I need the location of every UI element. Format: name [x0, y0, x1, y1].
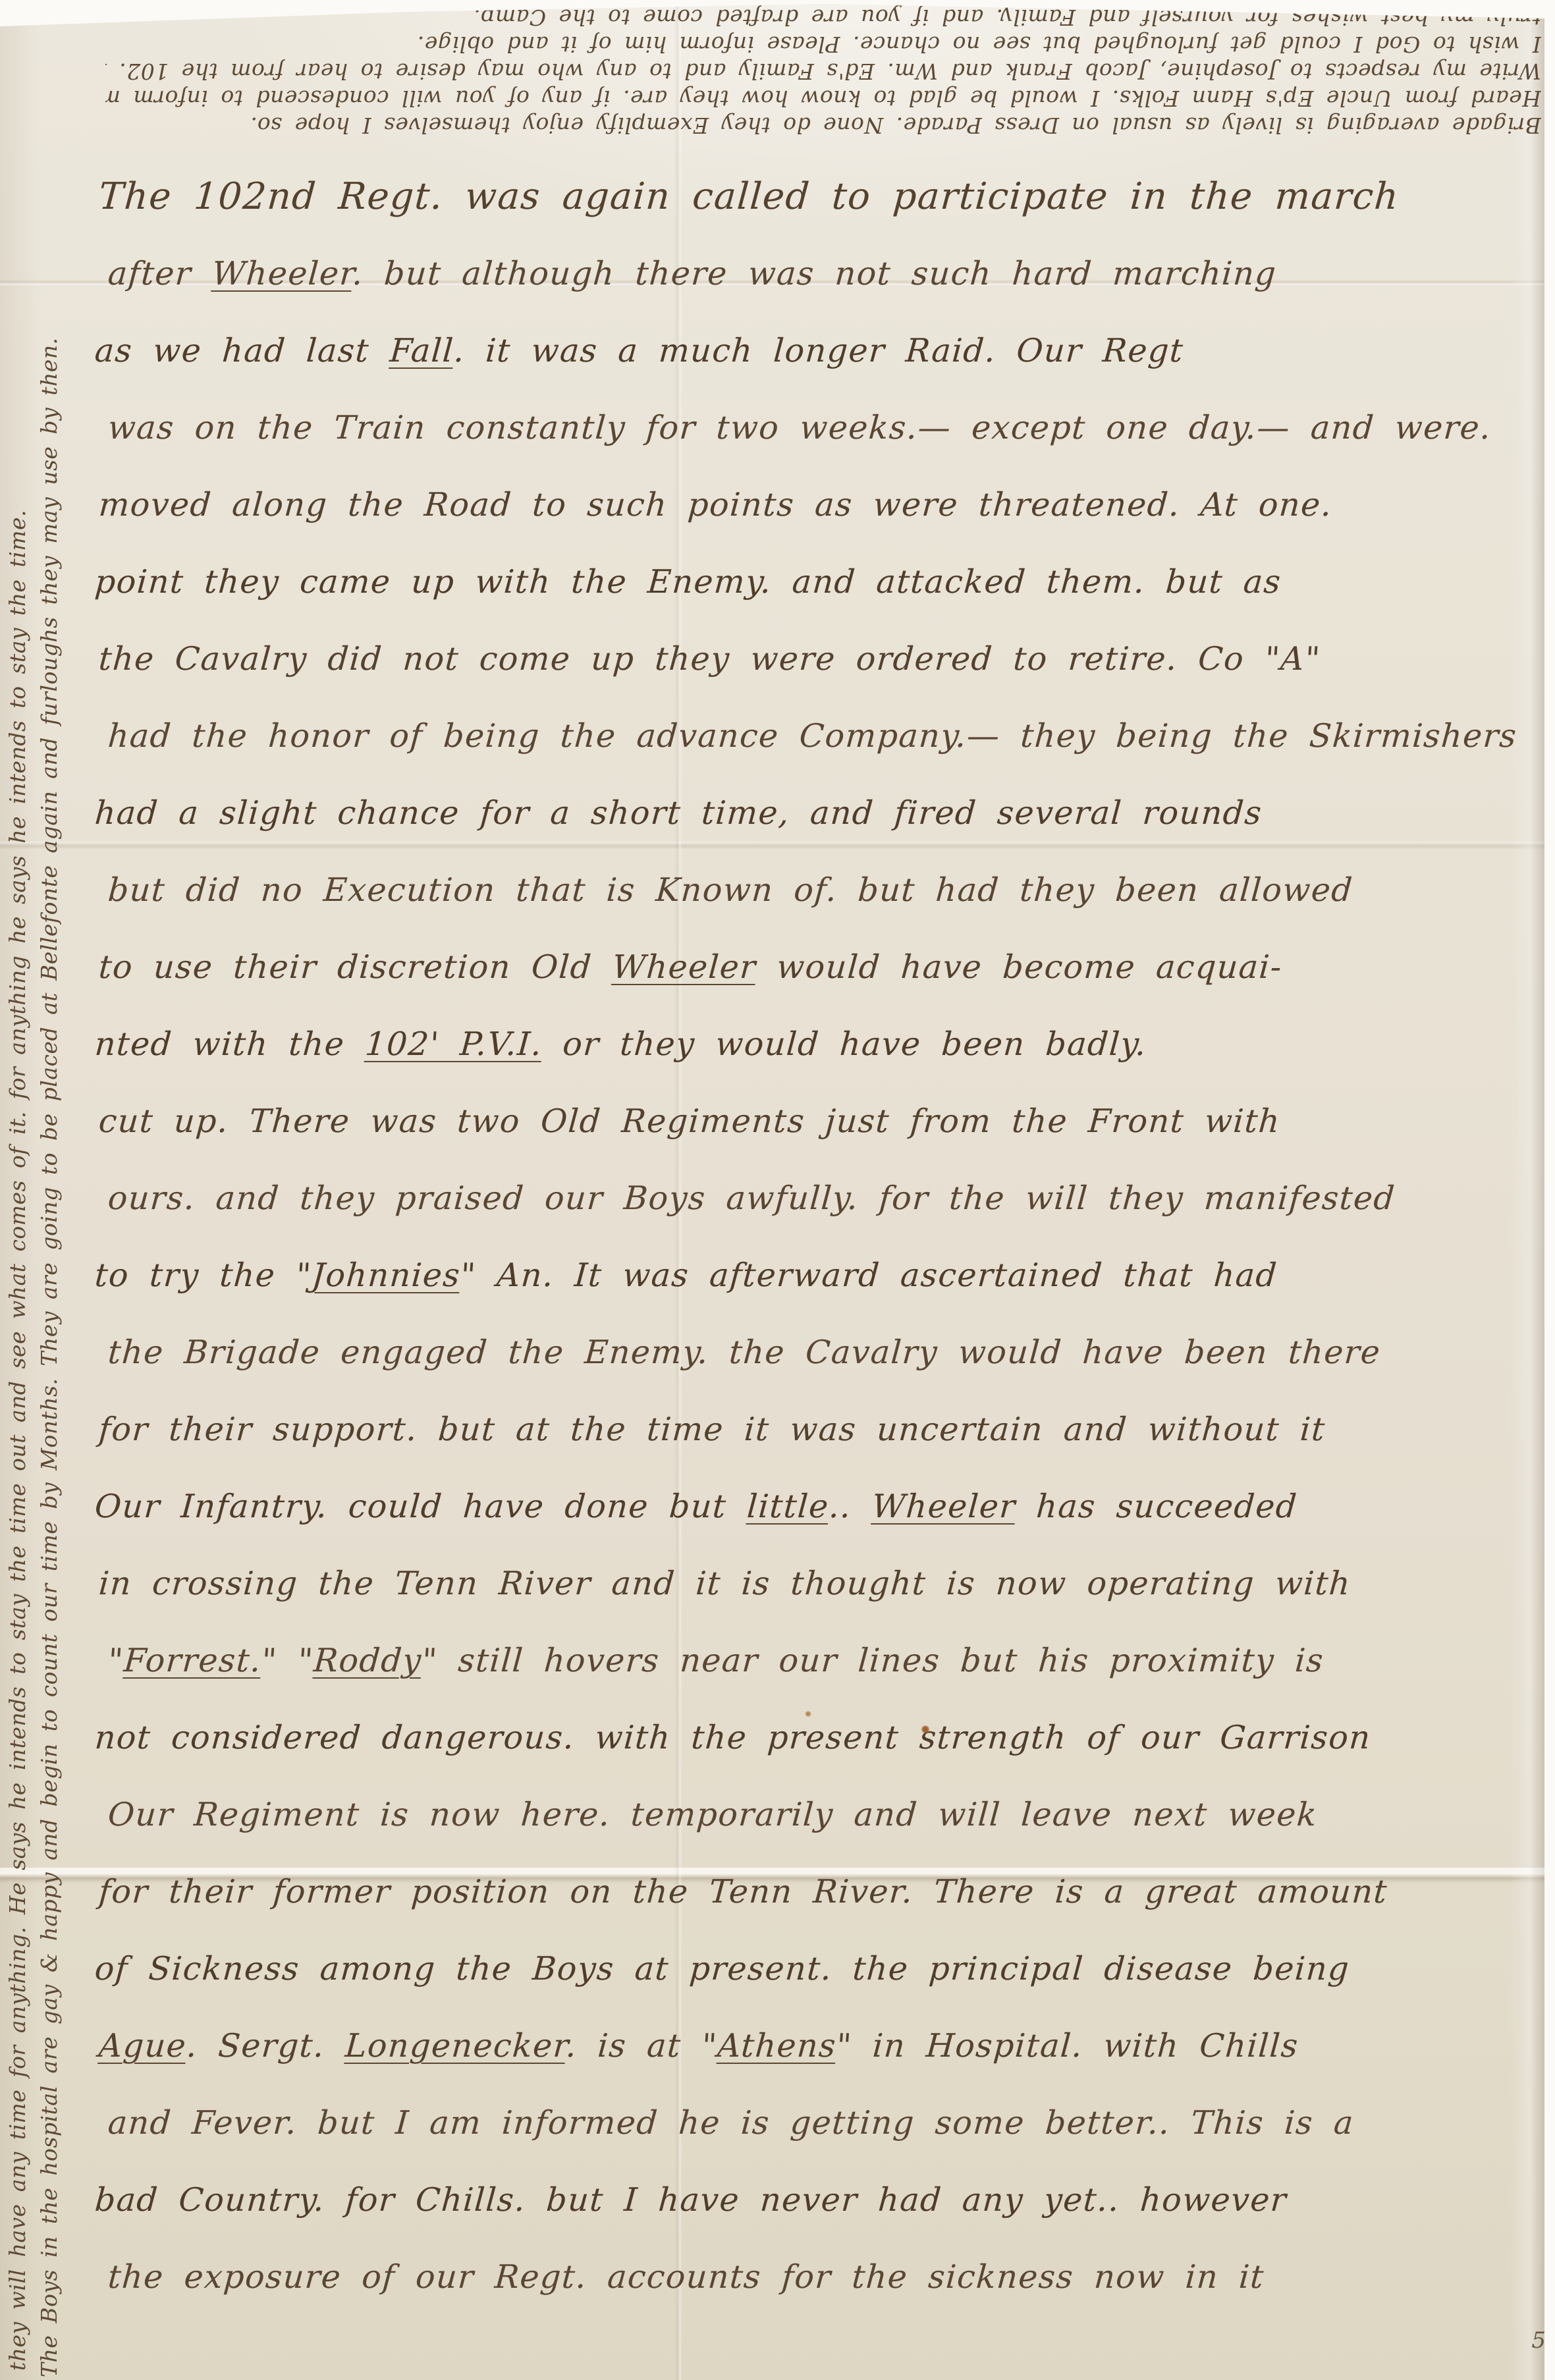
letter-page: truly my best wishes for yourself and Fa… — [0, 0, 1555, 2380]
handwriting-line: the Brigade engaged the Enemy. the Caval… — [105, 1314, 1541, 1391]
margin-cross-writing-line: they will have any time for anything. He… — [3, 178, 33, 2371]
handwriting-line: for their former position on the Tenn Ri… — [96, 1853, 1541, 1930]
handwriting-line: to use their discretion Old Wheeler woul… — [96, 929, 1541, 1006]
scan-background: { "document": { "kind": "handwritten let… — [0, 0, 1555, 2380]
handwriting-line: moved along the Road to such points as w… — [96, 466, 1541, 543]
page-corner-mark: 5 — [1531, 2327, 1546, 2354]
handwriting-line: Our Infantry. could have done but little… — [92, 1468, 1541, 1545]
handwriting-line: as we had last Fall. it was a much longe… — [92, 312, 1541, 389]
handwriting-line: point they came up with the Enemy. and a… — [92, 543, 1541, 620]
handwriting-line: was on the Train constantly for two week… — [105, 389, 1541, 466]
letter-body: The 102nd Regt. was again called to part… — [99, 158, 1538, 2315]
handwriting-line: Our Regiment is now here. temporarily an… — [105, 1776, 1541, 1853]
inverted-handwriting-line: truly my best wishes for yourself and Fa… — [105, 4, 1541, 31]
inverted-handwriting-line: Write my respects to Josephine, Jacob Fr… — [105, 58, 1541, 85]
inverted-continuation-text: truly my best wishes for yourself and Fa… — [105, 4, 1541, 139]
handwriting-line: cut up. There was two Old Regiments just… — [96, 1083, 1541, 1160]
handwriting-line: but did no Execution that is Known of. b… — [105, 852, 1541, 929]
handwriting-line: Ague. Sergt. Longenecker. is at "Athens"… — [96, 2007, 1541, 2084]
handwriting-line: not considered dangerous. with the prese… — [92, 1699, 1541, 1776]
handwriting-line: The 102nd Regt. was again called to part… — [96, 158, 1541, 235]
handwriting-line: after Wheeler. but although there was no… — [105, 235, 1541, 312]
handwriting-line: had a slight chance for a short time, an… — [92, 774, 1541, 852]
handwriting-line: nted with the 102' P.V.I. or they would … — [92, 1006, 1541, 1083]
handwriting-line: "Forrest." "Roddy" still hovers near our… — [105, 1622, 1541, 1699]
handwriting-line: had the honor of being the advance Compa… — [105, 697, 1541, 774]
handwriting-line: ours. and they praised our Boys awfully.… — [105, 1160, 1541, 1237]
handwriting-line: bad Country. for Chills. but I have neve… — [92, 2161, 1541, 2238]
handwriting-line: for their support. but at the time it wa… — [96, 1391, 1541, 1468]
margin-cross-writing-line: The Boys in the hospital are gay & happy… — [34, 184, 65, 2377]
handwriting-line: the Cavalry did not come up they were or… — [96, 620, 1541, 697]
handwriting-line: and Fever. but I am informed he is getti… — [105, 2084, 1541, 2161]
handwriting-line: of Sickness among the Boys at present. t… — [92, 1930, 1541, 2007]
inverted-handwriting-line: I wish to God I could get furloughed but… — [105, 31, 1541, 58]
inverted-handwriting-line: Brigade averaging is lively as usual on … — [105, 112, 1541, 139]
handwriting-line: the exposure of our Regt. accounts for t… — [105, 2238, 1541, 2315]
inverted-handwriting-line: Heard from Uncle Ep's Hann Folks. I woul… — [105, 85, 1541, 112]
handwriting-line: in crossing the Tenn River and it is tho… — [96, 1545, 1541, 1622]
handwriting-line: to try the "Johnnies" An. It was afterwa… — [92, 1237, 1541, 1314]
